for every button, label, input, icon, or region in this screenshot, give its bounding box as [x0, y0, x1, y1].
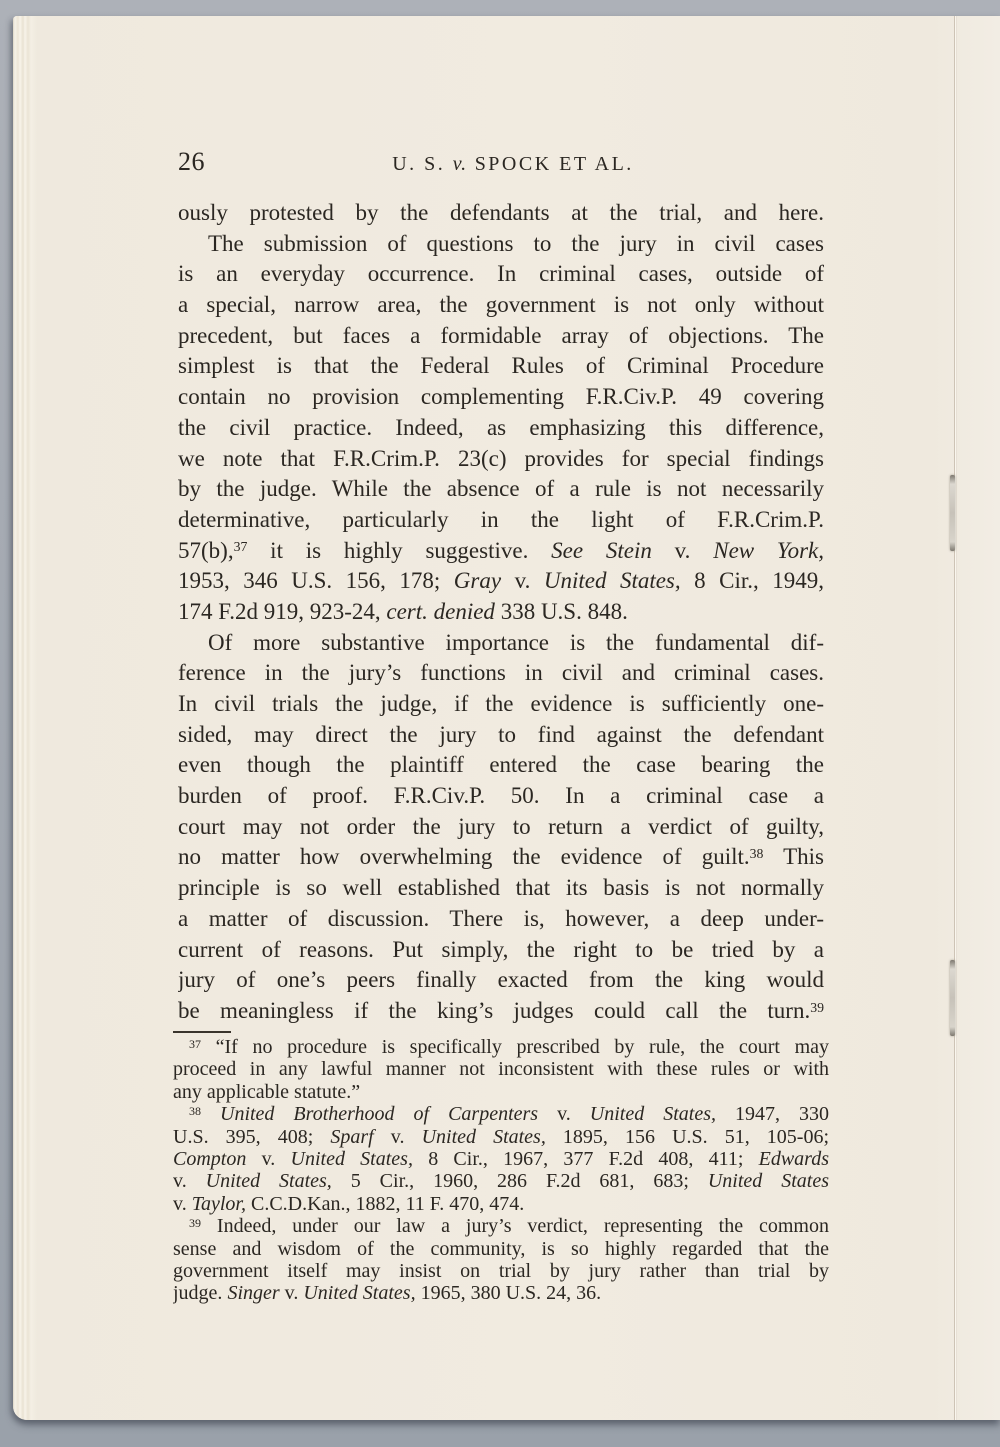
text-segment: v. [538, 1103, 590, 1125]
text-segment: U. S. [392, 153, 453, 175]
text-segment: v. [246, 1148, 290, 1170]
text-segment: United Brotherhood of Carpenters [220, 1103, 538, 1125]
text-segment: sided, may direct the jury to find again… [178, 722, 824, 747]
body-line: ference in the jury’s functions in civil… [178, 658, 824, 689]
text-segment: 5 Cir., 1960, 286 F.2d 681, 683; [332, 1170, 708, 1192]
text-segment: 8 Cir., 1949, [681, 568, 824, 593]
body-line: simplest is that the Federal Rules of Cr… [178, 351, 824, 382]
body-line: 174 F.2d 919, 923-24, cert. denied 338 U… [178, 597, 824, 628]
footnote-line: 39 Indeed, under our law a jury’s verdic… [173, 1215, 829, 1237]
footnote-ref: 38 [750, 846, 764, 861]
text-segment: a special, narrow area, the government i… [178, 292, 824, 317]
body-line: 57(b),37 it is highly suggestive. See St… [178, 536, 824, 567]
text-segment: 338 U.S. 848. [495, 599, 628, 624]
page-edge-stack [13, 16, 37, 1420]
text-segment: Singer [227, 1282, 279, 1304]
text-segment: determinative, particularly in the light… [178, 507, 824, 532]
text-segment: no matter how overwhelming the evidence … [178, 844, 750, 869]
text-segment: current of reasons. Put simply, the righ… [178, 937, 824, 962]
body-line: 1953, 346 U.S. 156, 178; Gray v. United … [178, 566, 824, 597]
footnote-line: 37 “If no procedure is specifically pres… [173, 1036, 829, 1058]
text-segment: v. [374, 1126, 422, 1148]
text-segment: See Stein [551, 538, 652, 563]
footnote-ref: 37 [234, 539, 248, 554]
staple-top [950, 475, 955, 551]
text-segment: U.S. 395, 408; [173, 1126, 330, 1148]
body-line: The submission of questions to the jury … [178, 229, 824, 260]
body-line: we note that F.R.Crim.P. 23(c) provides … [178, 444, 824, 475]
body-line: principle is so well established that it… [178, 873, 824, 904]
footnote-ref: 37 [189, 1037, 201, 1051]
text-segment: The submission of questions to the jury … [208, 231, 824, 256]
text-segment: court may not order the jury to return a… [178, 814, 824, 839]
text-segment: ference in the jury’s functions in civil… [178, 660, 824, 685]
text-segment: simplest is that the Federal Rules of Cr… [178, 353, 824, 378]
body-line: a matter of discussion. There is, howeve… [178, 904, 824, 935]
text-segment: is an everyday occurrence. In criminal c… [178, 261, 824, 286]
text-segment: Indeed, under our law a jury’s verdict, … [201, 1215, 829, 1237]
text-segment: 1947, 330 [716, 1103, 829, 1125]
body-line: determinative, particularly in the light… [178, 505, 824, 536]
text-segment: it is highly suggestive. [247, 538, 551, 563]
text-segment: v. [173, 1193, 192, 1215]
text-segment: 8 Cir., 1967, 377 F.2d 408, 411; [413, 1148, 759, 1170]
footnote-ref: 39 [810, 1000, 824, 1015]
footnote-line: Compton v. United States, 8 Cir., 1967, … [173, 1148, 829, 1170]
text-segment: a matter of discussion. There is, howeve… [178, 906, 824, 931]
text-segment: ously protested by the defendants at the… [178, 200, 824, 225]
body-line: Of more substantive importance is the fu… [178, 628, 824, 659]
text-segment: C.C.D.Kan., 1882, 11 F. 470, 474. [246, 1193, 524, 1215]
footnote-line: v. United States, 5 Cir., 1960, 286 F.2d… [173, 1170, 829, 1192]
body-line: a special, narrow area, the government i… [178, 290, 824, 321]
body-line: by the judge. While the absence of a rul… [178, 474, 824, 505]
text-segment: jury of one’s peers finally exacted from… [178, 967, 824, 992]
text-segment: United States, [590, 1103, 716, 1125]
text-segment: burden of proof. F.R.Civ.P. 50. In a cri… [178, 783, 824, 808]
text-segment: In civil trials the judge, if the eviden… [178, 691, 824, 716]
text-segment: be meaningless if the king’s judges coul… [178, 998, 810, 1023]
text-segment: precedent, but faces a formidable array … [178, 323, 824, 348]
body-line: is an everyday occurrence. In criminal c… [178, 259, 824, 290]
body-line: current of reasons. Put simply, the righ… [178, 935, 824, 966]
footnote-ref: 38 [189, 1104, 201, 1118]
footnote-line: government itself may insist on trial by… [173, 1260, 829, 1282]
body-line: burden of proof. F.R.Civ.P. 50. In a cri… [178, 781, 824, 812]
running-header: U. S. v. SPOCK ET AL. [190, 153, 836, 176]
text-segment: v. [173, 1170, 206, 1192]
text-segment: This [763, 844, 824, 869]
footnote-line: judge. Singer v. United States, 1965, 38… [173, 1282, 829, 1304]
footnote-ref: 39 [189, 1216, 201, 1230]
staple-bottom [950, 960, 955, 1036]
footnote-line: any applicable statute.” [173, 1081, 829, 1103]
text-segment: any applicable statute.” [173, 1081, 360, 1103]
text-segment: principle is so well established that it… [178, 875, 824, 900]
text-segment: even though the plaintiff entered the ca… [178, 752, 824, 777]
text-segment: United States, [544, 568, 681, 593]
body-text: ously protested by the defendants at the… [178, 198, 824, 1027]
text-segment: judge. [173, 1282, 227, 1304]
text-segment: v. [652, 538, 713, 563]
footnote-line: v. Taylor, C.C.D.Kan., 1882, 11 F. 470, … [173, 1193, 829, 1215]
binding-crease [954, 16, 957, 1420]
text-segment: United States [708, 1170, 829, 1192]
text-segment: sense and wisdom of the community, is so… [173, 1238, 829, 1260]
body-line: ously protested by the defendants at the… [178, 198, 824, 229]
text-segment [201, 1103, 220, 1125]
text-segment: United States, [206, 1170, 332, 1192]
paper-page: 26 U. S. v. SPOCK ET AL. ously protested… [13, 16, 1000, 1420]
footnotes-section: 37 “If no procedure is specifically pres… [173, 1036, 829, 1305]
text-segment: v. [501, 568, 544, 593]
body-line: sided, may direct the jury to find again… [178, 720, 824, 751]
text-segment: Gray [454, 568, 501, 593]
text-segment: “If no procedure is specifically prescri… [201, 1036, 829, 1058]
text-segment: United States, [291, 1148, 413, 1170]
body-line: jury of one’s peers finally exacted from… [178, 965, 824, 996]
body-line: no matter how overwhelming the evidence … [178, 842, 824, 873]
footnote-line: sense and wisdom of the community, is so… [173, 1238, 829, 1260]
text-segment: v. [280, 1282, 304, 1304]
text-segment: United States, [303, 1282, 415, 1304]
body-line: court may not order the jury to return a… [178, 812, 824, 843]
text-segment: SPOCK ET AL. [467, 153, 634, 175]
scan-background: { "colors": { "background_gray": "#a6abb… [0, 0, 1000, 1447]
body-line: be meaningless if the king’s judges coul… [178, 996, 824, 1027]
text-segment: 174 F.2d 919, 923-24, [178, 599, 386, 624]
text-segment: the civil practice. Indeed, as emphasizi… [178, 415, 824, 440]
text-segment: proceed in any lawful manner not inconsi… [173, 1058, 829, 1080]
footnote-line: 38 United Brotherhood of Carpenters v. U… [173, 1103, 829, 1125]
text-segment: Compton [173, 1148, 246, 1170]
footnote-line: U.S. 395, 408; Sparf v. United States, 1… [173, 1126, 829, 1148]
text-segment: we note that F.R.Crim.P. 23(c) provides … [178, 446, 824, 471]
text-segment: contain no provision complementing F.R.C… [178, 384, 824, 409]
body-line: even though the plaintiff entered the ca… [178, 750, 824, 781]
body-line: the civil practice. Indeed, as emphasizi… [178, 413, 824, 444]
text-segment: government itself may insist on trial by… [173, 1260, 829, 1282]
text-segment: 57(b), [178, 538, 234, 563]
text-segment: Sparf [330, 1126, 373, 1148]
text-segment: cert. denied [386, 599, 495, 624]
text-segment: Of more substantive importance is the fu… [208, 630, 824, 655]
body-line: In civil trials the judge, if the eviden… [178, 689, 824, 720]
text-segment: 1895, 156 U.S. 51, 105-06; [546, 1126, 829, 1148]
text-segment: by the judge. While the absence of a rul… [178, 476, 824, 501]
footnote-rule [173, 1031, 231, 1033]
text-segment: 1953, 346 U.S. 156, 178; [178, 568, 454, 593]
text-segment: Edwards [759, 1148, 829, 1170]
footnote-line: proceed in any lawful manner not inconsi… [173, 1058, 829, 1080]
body-line: contain no provision complementing F.R.C… [178, 382, 824, 413]
text-segment: 1965, 380 U.S. 24, 36. [416, 1282, 602, 1304]
text-segment: Taylor, [192, 1193, 246, 1215]
body-line: precedent, but faces a formidable array … [178, 321, 824, 352]
text-segment: New York, [713, 538, 824, 563]
text-segment: v. [453, 153, 467, 175]
text-segment: United States, [422, 1126, 546, 1148]
